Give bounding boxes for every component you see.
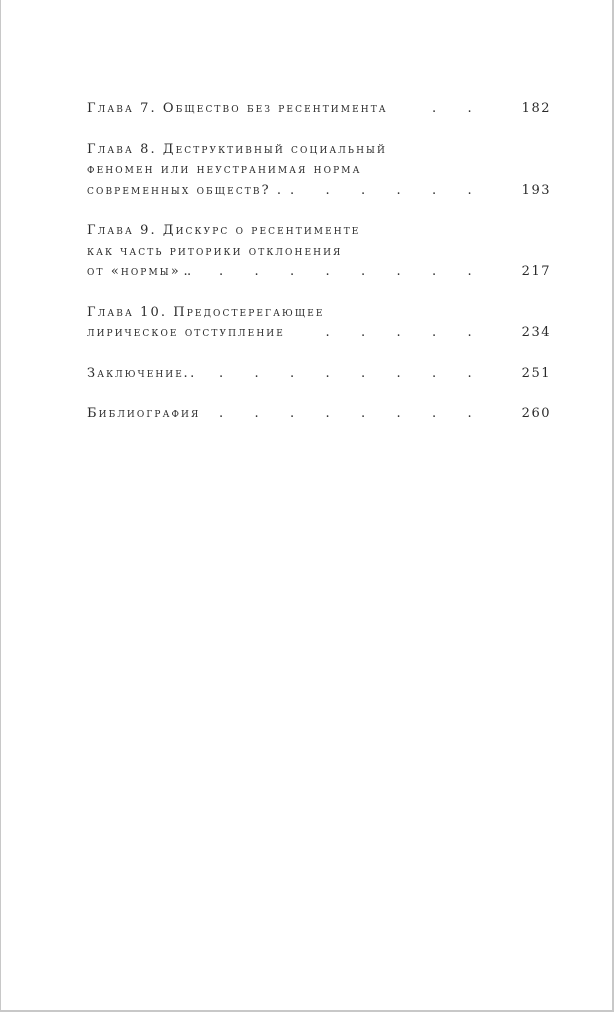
toc-page-number: 234 (522, 323, 551, 344)
toc-entry-line: Заключение ..........251 (87, 364, 551, 385)
toc-entry[interactable]: Глава 8. Деструктивный социальныйфеномен… (87, 140, 551, 202)
toc-entry-title: Глава 9. Дискурс о ресентименте (87, 223, 360, 238)
toc-entry-line: Глава 10. Предостерегающее (87, 303, 551, 324)
toc-entry-title: Глава 8. Деструктивный социальный (87, 142, 387, 157)
toc-entry[interactable]: Заключение ..........251 (87, 364, 551, 385)
toc-page-number: 217 (522, 262, 551, 283)
toc-page-number: 251 (522, 364, 551, 385)
toc-entry-title: Глава 7. Общество без ресентимента (87, 101, 388, 116)
toc-entry[interactable]: Библиография........260 (87, 404, 551, 425)
toc-entry-title: Глава 10. Предостерегающее (87, 305, 325, 320)
toc-page-number: 193 (522, 181, 551, 202)
toc-entry-title: лирическое отступление (87, 325, 285, 340)
toc-entry-title: Библиография (87, 406, 200, 421)
toc-entry-line: Глава 7. Общество без ресентимента..182 (87, 99, 551, 120)
toc-page-number: 260 (522, 404, 551, 425)
toc-entry[interactable]: Глава 9. Дискурс о ресентиментекак часть… (87, 221, 551, 283)
dot-leaders: ......... (184, 364, 504, 385)
toc-entry-line: феномен или неустранимая норма (87, 160, 551, 181)
toc-entry-line: современных обществ? .......193 (87, 181, 551, 202)
toc-entry-line: Глава 8. Деструктивный социальный (87, 140, 551, 161)
toc-entry-title: современных обществ? . (87, 183, 283, 198)
toc-entry-line: Библиография........260 (87, 404, 551, 425)
dot-leaders: .. (432, 99, 503, 120)
toc-entry-title: от «нормы» . (87, 264, 193, 279)
toc-entry-title: Заключение . (87, 366, 196, 381)
toc-page-number: 182 (522, 99, 551, 120)
table-of-contents: Глава 7. Общество без ресентимента..182Г… (87, 99, 551, 445)
dot-leaders: ...... (290, 181, 503, 202)
dot-leaders: ......... (184, 262, 504, 283)
toc-entry-title: феномен или неустранимая норма (87, 162, 362, 177)
dot-leaders: ..... (326, 323, 504, 344)
toc-entry-title: как часть риторики отклонения (87, 244, 342, 259)
toc-entry-line: от «нормы» ..........217 (87, 262, 551, 283)
toc-entry[interactable]: Глава 10. Предостерегающеелирическое отс… (87, 303, 551, 344)
dot-leaders: ........ (219, 404, 503, 425)
toc-entry-line: Глава 9. Дискурс о ресентименте (87, 221, 551, 242)
document-page: Глава 7. Общество без ресентимента..182Г… (0, 0, 614, 1012)
toc-entry-line: как часть риторики отклонения (87, 242, 551, 263)
toc-entry-line: лирическое отступление.....234 (87, 323, 551, 344)
toc-entry[interactable]: Глава 7. Общество без ресентимента..182 (87, 99, 551, 120)
